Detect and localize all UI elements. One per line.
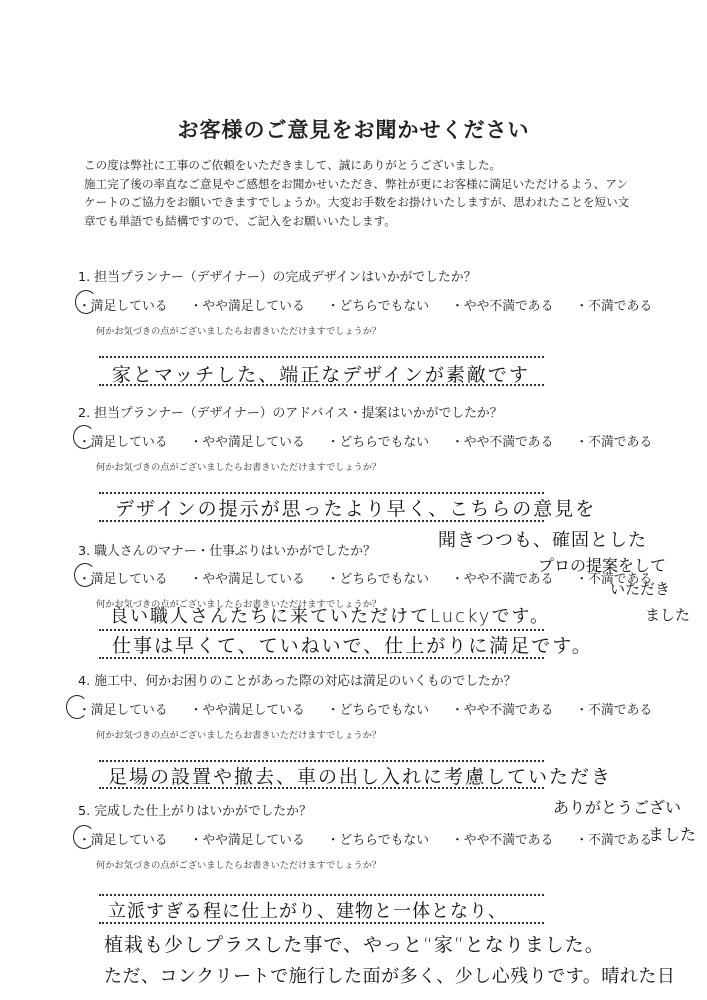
answer-line (99, 384, 544, 386)
option-satisfied[interactable]: ・満足している (78, 829, 168, 848)
option-satisfied[interactable]: ・満足している (78, 568, 168, 587)
option-satisfied[interactable]: ・満足している (78, 431, 168, 450)
question-5-label: 5. 完成した仕上がりはいかがでしたか？ (78, 800, 312, 819)
option-somewhat-dissatisfied[interactable]: ・やや不満である (451, 699, 553, 718)
option-somewhat-satisfied[interactable]: ・やや満足している (190, 568, 305, 587)
option-somewhat-satisfied[interactable]: ・やや満足している (190, 431, 305, 450)
question-1-label: 1. 担当プランナー（デザイナー）の完成デザインはいかがでしたか？ (78, 266, 476, 285)
option-somewhat-dissatisfied[interactable]: ・やや不満である (451, 295, 553, 314)
question-1-answer[interactable]: 家とマッチした、端正なデザインが素敵です (112, 360, 530, 387)
question-2-answer-line-5[interactable]: ました (645, 604, 690, 625)
option-dissatisfied[interactable]: ・不満である (575, 431, 652, 450)
question-2-answer-line-2[interactable]: 聞きつつも、確固とした (438, 526, 647, 552)
option-satisfied[interactable]: ・満足している (78, 295, 168, 314)
question-3-label: 3. 職人さんのマナー・仕事ぶりはいかがでしたか？ (78, 540, 376, 559)
question-4-answer-line-2[interactable]: ありがとうござい (553, 795, 681, 818)
intro-paragraph: この度は弊社に工事のご依頼をいただきまして、誠にありがとうございました。 施工完… (84, 156, 644, 230)
option-dissatisfied[interactable]: ・不満である (575, 568, 652, 587)
intro-line: 施工完了後の率直なご意見やご感想をお聞かせいただき、弊社が更にお客様に満足いただ… (84, 175, 644, 194)
answer-line (99, 657, 544, 659)
question-4-answer-line-1[interactable]: 足場の設置や撤去、車の出し入れに考慮していただき (108, 762, 612, 789)
question-1-prompt: 何かお気づきの点がございましたらお書きいただけますでしょうか？ (96, 323, 381, 337)
option-somewhat-satisfied[interactable]: ・やや満足している (190, 829, 305, 848)
question-4-prompt: 何かお気づきの点がございましたらお書きいただけますでしょうか？ (96, 727, 381, 741)
answer-line (99, 787, 544, 789)
intro-line: 章でも単語でも結構ですので、ご記入をお願いいたします。 (84, 212, 644, 231)
option-dissatisfied[interactable]: ・不満である (575, 829, 652, 848)
option-somewhat-satisfied[interactable]: ・やや満足している (190, 295, 305, 314)
question-5-answer-line-2[interactable]: 植栽も少しプラスした事で、やっと“家”となりました。 (104, 930, 605, 957)
intro-line: この度は弊社に工事のご依頼をいただきまして、誠にありがとうございました。 (84, 156, 644, 175)
option-dissatisfied[interactable]: ・不満である (575, 295, 652, 314)
option-neutral[interactable]: ・どちらでもない (327, 295, 429, 314)
question-5-answer-line-1[interactable]: 立派すぎる程に仕上がり、建物と一体となり、 (108, 897, 507, 923)
option-somewhat-dissatisfied[interactable]: ・やや不満である (451, 431, 553, 450)
page-title: お客様のご意見をお聞かせください (0, 114, 707, 144)
option-neutral[interactable]: ・どちらでもない (327, 699, 429, 718)
question-2-answer-line-1[interactable]: デザインの提示が思ったより早く、こちらの意見を (115, 494, 596, 521)
question-1-options: ・満足している ・やや満足している ・どちらでもない ・やや不満である ・不満で… (78, 295, 674, 314)
question-3-answer-line-2[interactable]: 仕事は早くて、ていねいで、仕上がりに満足です。 (112, 631, 593, 658)
option-somewhat-satisfied[interactable]: ・やや満足している (190, 699, 305, 718)
option-dissatisfied[interactable]: ・不満である (575, 699, 652, 718)
option-neutral[interactable]: ・どちらでもない (327, 431, 429, 450)
question-3-answer-line-1[interactable]: 良い職人さんたちに来ていただけてLuckyです。 (110, 602, 550, 628)
question-2-options: ・満足している ・やや満足している ・どちらでもない ・やや不満である ・不満で… (78, 431, 674, 450)
option-neutral[interactable]: ・どちらでもない (327, 568, 429, 587)
answer-line (99, 894, 544, 896)
answer-line (99, 356, 544, 358)
answer-line (99, 520, 544, 522)
question-5-options: ・満足している ・やや満足している ・どちらでもない ・やや不満である ・不満で… (78, 829, 674, 848)
option-satisfied[interactable]: ・満足している (78, 699, 168, 718)
option-neutral[interactable]: ・どちらでもない (327, 829, 429, 848)
intro-line: ケートのご協力をお願いできますでしょうか。大変お手数をお掛けいたしますが、思われ… (84, 193, 644, 212)
question-2-prompt: 何かお気づきの点がございましたらお書きいただけますでしょうか？ (96, 459, 381, 473)
question-2-label: 2. 担当プランナー（デザイナー）のアドバイス・提案はいかがでしたか？ (78, 402, 503, 421)
question-3-options: ・満足している ・やや満足している ・どちらでもない ・やや不満である ・不満で… (78, 568, 674, 587)
option-somewhat-dissatisfied[interactable]: ・やや不満である (451, 829, 553, 848)
question-4-options: ・満足している ・やや満足している ・どちらでもない ・やや不満である ・不満で… (78, 699, 674, 718)
question-4-label: 4. 施工中、何かお困りのことがあった際の対応は満足のいくものでしたか？ (78, 670, 516, 689)
question-5-prompt: 何かお気づきの点がございましたらお書きいただけますでしょうか？ (96, 857, 381, 871)
answer-line (99, 922, 544, 924)
question-5-answer-line-3[interactable]: ただ、コンクリートで施行した面が多く、少し心残りです。晴れた日 (104, 962, 675, 988)
option-somewhat-dissatisfied[interactable]: ・やや不満である (451, 568, 553, 587)
